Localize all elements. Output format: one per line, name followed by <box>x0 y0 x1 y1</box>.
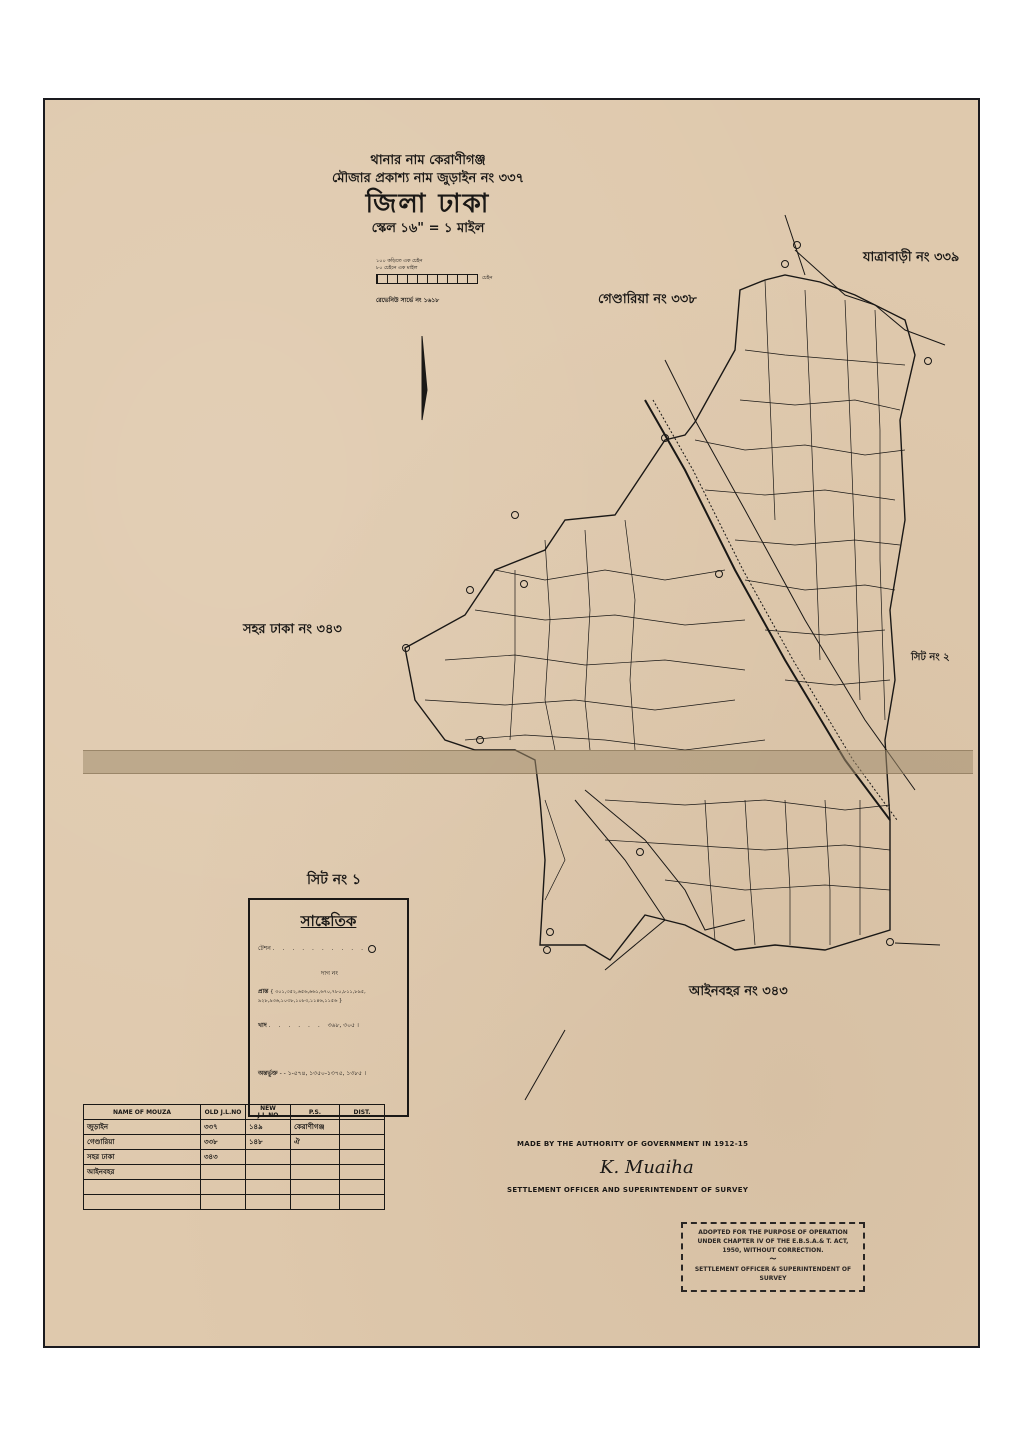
col-header: NEW J.L.NO <box>246 1105 291 1120</box>
table-cell <box>340 1120 385 1135</box>
table-cell: গেণ্ডারিয়া <box>84 1135 201 1150</box>
table-cell <box>291 1180 340 1195</box>
table-cell <box>201 1180 246 1195</box>
table-cell: ঐ <box>291 1135 340 1150</box>
survey-number: রেভেনিউ সার্ভে নং ১৬১৮ <box>376 295 439 306</box>
table-cell <box>84 1180 201 1195</box>
neighbor-label-sahar-dhaka: সহর ঢাকা নং ৩৪৩ <box>243 620 342 641</box>
table-row: সহর ঢাকা৩৪৩ <box>84 1150 385 1165</box>
stamp-line: SURVEY <box>683 1274 863 1283</box>
col-header: NAME OF MOUZA <box>84 1105 201 1120</box>
table-cell: ১৪৮ <box>246 1135 291 1150</box>
table-cell <box>291 1150 340 1165</box>
table-cell <box>246 1150 291 1165</box>
table-cell <box>201 1195 246 1210</box>
legend-box: সাঙ্কেতিক টেশন . . . . . . . . . . দাগ ন… <box>248 898 409 1117</box>
thana-name: থানার নাম কেরাণীগঞ্জ <box>303 152 553 170</box>
stamp-signature: ~ <box>683 1255 863 1265</box>
legend-row-label: খাদ <box>258 1022 267 1029</box>
table-cell: কেরাণীগঞ্জ <box>291 1120 340 1135</box>
legend-row-label: প্রান্ত <box>258 988 268 995</box>
table-cell: ৩৩৭ <box>201 1120 246 1135</box>
legend-plot-heading: দাগ নং <box>258 968 401 979</box>
stamp-line: ADOPTED FOR THE PURPOSE OF OPERATION <box>683 1228 863 1237</box>
legend-row-included: অন্তর্ভুক্ত - - ১-৫৭৪, ১৩৫০-১৩৭৫, ১৩৮৫ । <box>258 1068 401 1079</box>
scale-note-1: ১০০ কড়িতে এক চেইন <box>376 258 492 265</box>
scale-bar-graphic <box>376 274 478 284</box>
table-cell <box>246 1165 291 1180</box>
scale-note-2: ৮০ চেইনে এক মাইল <box>376 265 492 272</box>
legend-station: টেশন . . . . . . . . . . <box>258 943 401 954</box>
adoption-stamp: ADOPTED FOR THE PURPOSE OF OPERATION UND… <box>681 1222 865 1292</box>
scale-unit: চেইন <box>482 275 492 282</box>
table-row <box>84 1180 385 1195</box>
officer-title: SETTLEMENT OFFICER AND SUPERINTENDENT OF… <box>507 1186 748 1194</box>
table-cell: ৩৪৩ <box>201 1150 246 1165</box>
col-header: DIST. <box>340 1105 385 1120</box>
table-cell <box>246 1180 291 1195</box>
legend-row-value: { ৩০১,৩৫২,৬৫৬,৬৬১,৬৭০,৭৮০,৮১১,৮৯৫, ৯২৮,৯… <box>258 989 366 1004</box>
col-header: P.S. <box>291 1105 340 1120</box>
table-cell <box>340 1165 385 1180</box>
scale-bar: ১০০ কড়িতে এক চেইন ৮০ চেইনে এক মাইল চেইন <box>376 258 492 284</box>
table-cell: জুড়াইন <box>84 1120 201 1135</box>
table-row: জুড়াইন৩৩৭১৪৯কেরাণীগঞ্জ <box>84 1120 385 1135</box>
table-cell: ১৪৯ <box>246 1120 291 1135</box>
neighbor-label-gendaria: গেণ্ডারিয়া নং ৩৩৮ <box>598 290 697 311</box>
table-cell <box>340 1195 385 1210</box>
repair-tape <box>83 750 973 774</box>
mouza-table: NAME OF MOUZA OLD J.L.NO NEW J.L.NO P.S.… <box>83 1104 385 1210</box>
table-cell <box>246 1195 291 1210</box>
table-header-row: NAME OF MOUZA OLD J.L.NO NEW J.L.NO P.S.… <box>84 1105 385 1120</box>
scan-background: থানার নাম কেরাণীগঞ্জ মৌজার প্রকাশ্য নাম … <box>43 98 980 1348</box>
table-cell <box>340 1150 385 1165</box>
map-scale: স্কেল ১৬" = ১ মাইল <box>303 220 553 238</box>
table-cell: ৩৩৮ <box>201 1135 246 1150</box>
officer-signature: K. Muaiha <box>600 1157 694 1178</box>
legend-row-boundary: প্রান্ত { ৩০১,৩৫২,৬৫৬,৬৬১,৬৭০,৭৮০,৮১১,৮৯… <box>258 986 401 1006</box>
mouza-name: মৌজার প্রকাশ্য নাম জুড়াইন নং ৩৩৭ <box>303 170 553 188</box>
station-label: টেশন <box>258 945 271 952</box>
table-cell <box>291 1165 340 1180</box>
table-row: আইনবহর <box>84 1165 385 1180</box>
table-cell <box>201 1165 246 1180</box>
legend-row-value: ১-৫৭৪, ১৩৫০-১৩৭৫, ১৩৮৫ । <box>288 1070 366 1077</box>
table-cell: সহর ঢাকা <box>84 1150 201 1165</box>
district-name: জিলা ঢাকা <box>303 188 553 220</box>
neighbor-label-jatrabari: যাত্রাবাড়ী নং ৩৩৯ <box>863 248 959 269</box>
neighbor-label-ainbahar: আইনবহর নং ৩৪৩ <box>689 982 788 1003</box>
table-cell <box>291 1195 340 1210</box>
table-cell: আইনবহর <box>84 1165 201 1180</box>
sheet-1-label: সিট নং ১ <box>307 868 361 892</box>
sheet-2-label: সিট নং ২ <box>911 650 950 667</box>
legend-row-value: ৩৬৮, ৩০৫ । <box>328 1022 359 1029</box>
stamp-line: SETTLEMENT OFFICER & SUPERINTENDENT OF <box>683 1265 863 1274</box>
table-row: গেণ্ডারিয়া৩৩৮১৪৮ঐ <box>84 1135 385 1150</box>
table-cell <box>340 1180 385 1195</box>
map-sheet: থানার নাম কেরাণীগঞ্জ মৌজার প্রকাশ্য নাম … <box>45 100 978 1346</box>
col-header: OLD J.L.NO <box>201 1105 246 1120</box>
title-block: থানার নাম কেরাণীগঞ্জ মৌজার প্রকাশ্য নাম … <box>303 152 553 238</box>
table-cell <box>84 1195 201 1210</box>
station-circle-icon <box>368 945 376 953</box>
legend-title: সাঙ্কেতিক <box>250 910 407 935</box>
authority-statement: MADE BY THE AUTHORITY OF GOVERNMENT IN 1… <box>517 1140 748 1148</box>
table-row <box>84 1195 385 1210</box>
legend-row-khad: খাদ . . . . . . ৩৬৮, ৩০৫ । <box>258 1020 401 1031</box>
stamp-line: UNDER CHAPTER IV OF THE E.B.S.A.& T. ACT… <box>683 1237 863 1246</box>
table-cell <box>340 1135 385 1150</box>
legend-row-label: অন্তর্ভুক্ত <box>258 1070 278 1077</box>
